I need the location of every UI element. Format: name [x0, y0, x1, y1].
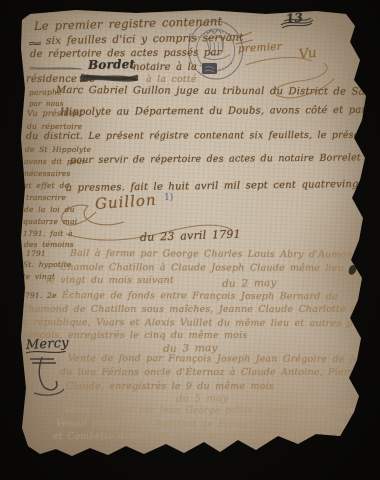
mercy-margin-mark: Mercy — [26, 337, 69, 352]
margin-note: des témoins — [24, 241, 74, 249]
margin-note: nécessaires — [24, 170, 71, 178]
margin-note: transcrire — [26, 194, 66, 202]
manuscript-line: Chamond de Chatillon sous maîches, Jeann… — [21, 305, 380, 315]
vu-mark: Vu — [298, 47, 318, 63]
margin-note: de la loi du — [24, 206, 75, 214]
premier-annotation: premier — [238, 42, 282, 55]
signature: Guillon — [94, 193, 157, 212]
manuscript-line: Vente de fond par François Joseph Jean G… — [68, 354, 380, 365]
manuscript-page: 13 premier Vu Le premier registre conten… — [16, 8, 368, 464]
struck-word-icon — [28, 39, 42, 47]
manuscript-line: et Combette demeurant à Maiche pour vent… — [53, 433, 380, 442]
margin-note: 1791 — [26, 250, 46, 258]
margin-note: du répertoire — [27, 123, 82, 131]
manuscript-line: Marc Gabriel Guillon juge au tribunal du… — [56, 86, 379, 98]
margin-note: par nous — [29, 101, 64, 108]
stamp-tab — [202, 63, 217, 74]
entry-heading: du 5 may — [176, 394, 228, 405]
manuscript-line: le vingt du mois suivant — [46, 276, 174, 286]
margin-note: quatorze mai — [23, 218, 77, 226]
manuscript-line: Claude, enregistrés le 9 du même mois — [66, 382, 274, 392]
manuscript-line: Chamole Chatillon à Claude Joseph Claude… — [60, 263, 380, 274]
manuscript-line: à la cotté — [146, 75, 197, 85]
manuscript-line: six feuilles d'ici y compris servant — [46, 33, 244, 47]
manuscript-line: résidence de — [26, 75, 95, 85]
crossed-folio-number: 13 — [285, 11, 303, 25]
manuscript-line: notaire à la — [133, 63, 197, 73]
margin-note: de St Hippolyte — [25, 146, 91, 154]
manuscript-line: Vente de fond par Jean George petite à J… — [64, 407, 380, 416]
manuscript-line: Hippolyte au Département du Doubs, avons… — [60, 106, 380, 118]
manuscript-line: Le premier registre contenant — [34, 16, 223, 32]
scan-background: 13 premier Vu Le premier registre conten… — [0, 0, 380, 480]
margin-note: et effet de — [24, 182, 69, 190]
margin-note: 1791. 2e — [20, 292, 57, 300]
entry-heading: du 2 may — [222, 278, 277, 289]
manuscript-line: à presmes. fait le huit avril mil sept c… — [66, 179, 380, 194]
manuscript-line: du lieu Férians oncle d'Éternoz à Claude… — [60, 368, 376, 378]
manuscript-line: Bail à ferme par George Charles Louis Ab… — [70, 249, 380, 260]
struck-word-icon — [28, 65, 84, 73]
overwritten-notary-name: Bordet — [88, 58, 135, 71]
entry-heading: du 23 avril 1791 — [140, 228, 241, 243]
manuscript-line: pour servir de répertoire des actes du n… — [70, 153, 380, 166]
manuscript-line: Vesoul commissaire habitant de Frémont e… — [56, 420, 380, 431]
margin-note: 1791. fait à — [23, 230, 73, 238]
pencil-folio-note: 1) — [164, 194, 173, 203]
manuscript-line: Échange de fonds entre François Joseph B… — [62, 291, 338, 302]
manuscript-line: la république, Vuars et Alexis Vuillet d… — [19, 318, 370, 329]
manuscript-line: du district. Le présent régistre contena… — [26, 131, 380, 142]
